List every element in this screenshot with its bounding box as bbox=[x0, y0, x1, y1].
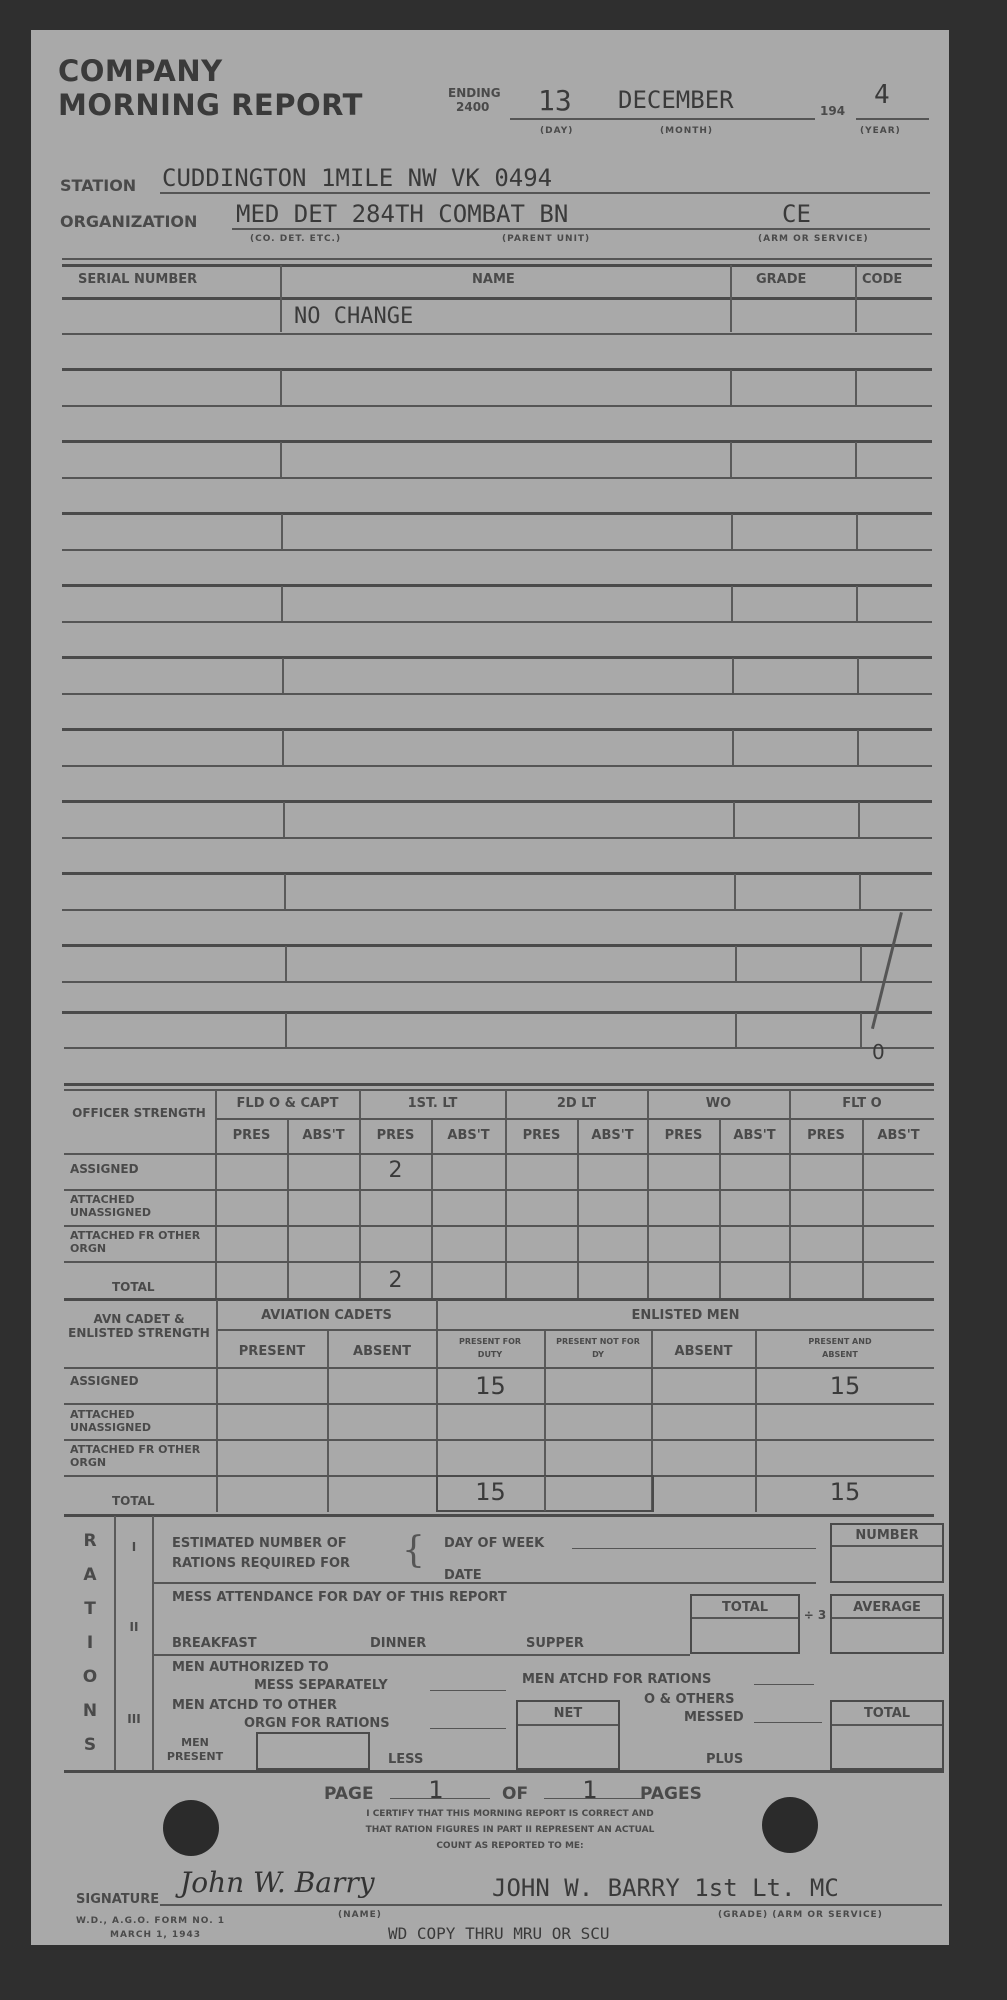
enlisted-present-and-absent-assigned: 15 bbox=[756, 1372, 934, 1400]
col-code: CODE bbox=[862, 272, 902, 287]
organization-label: ORGANIZATION bbox=[60, 212, 197, 231]
co-det-caption: (CO. DET. ETC.) bbox=[250, 234, 341, 244]
col-name: NAME bbox=[472, 272, 515, 287]
officer-1st-lt-assigned: 2 bbox=[360, 1158, 431, 1183]
station-label: STATION bbox=[60, 176, 136, 195]
group-2d-lt: 2D LT bbox=[506, 1096, 647, 1111]
year-caption: (YEAR) bbox=[860, 126, 901, 136]
organization-value: MED DET 284TH COMBAT BN bbox=[236, 200, 568, 228]
punch-hole-right bbox=[762, 1797, 818, 1853]
arm-of-service-value: CE bbox=[782, 200, 811, 228]
date-underline bbox=[510, 118, 815, 120]
form-title-line1: COMPANY bbox=[58, 56, 223, 86]
aviation-cadets-header: AVIATION CADETS bbox=[217, 1308, 436, 1323]
brace-icon: { bbox=[402, 1530, 425, 1571]
station-underline bbox=[160, 192, 930, 194]
officer-strength-title: OFFICER STRENGTH bbox=[64, 1106, 214, 1120]
officer-1st-lt-total: 2 bbox=[360, 1268, 431, 1293]
enlisted-men-header: ENLISTED MEN bbox=[437, 1308, 934, 1323]
report-month: DECEMBER bbox=[618, 86, 734, 114]
report-year: 4 bbox=[874, 80, 890, 110]
date-label: DATE bbox=[444, 1568, 482, 1583]
day-caption: (DAY) bbox=[540, 126, 573, 136]
certification-text: I CERTIFY THAT THIS MORNING REPORT IS CO… bbox=[250, 1806, 770, 1854]
row-attached-fr-other-label: ATTACHED FR OTHER ORGN bbox=[70, 1229, 210, 1255]
officer-top-rule bbox=[64, 1083, 934, 1086]
form-title-line2: MORNING REPORT bbox=[58, 90, 363, 120]
ending-label: ENDING bbox=[448, 86, 501, 100]
meal-dinner: DINNER bbox=[370, 1636, 426, 1651]
punch-hole-left bbox=[163, 1800, 219, 1856]
meal-breakfast: BREAKFAST bbox=[172, 1636, 257, 1651]
row-assigned-label: ASSIGNED bbox=[70, 1162, 139, 1176]
of-label: OF bbox=[502, 1784, 528, 1804]
signature-label: SIGNATURE bbox=[76, 1892, 159, 1907]
day-of-week-field[interactable] bbox=[572, 1548, 816, 1549]
group-flt-o: FLT O bbox=[790, 1096, 934, 1111]
parent-unit-caption: (PARENT UNIT) bbox=[502, 234, 590, 244]
signer-name-grade: JOHN W. BARRY 1st Lt. MC bbox=[492, 1874, 839, 1902]
station-value: CUDDINGTON 1MILE NW VK 0494 bbox=[162, 164, 552, 192]
table-row-name: NO CHANGE bbox=[294, 304, 413, 329]
signature: John W. Barry bbox=[180, 1866, 375, 1899]
name-caption: (NAME) bbox=[338, 1910, 382, 1920]
roster-header-rule bbox=[62, 297, 932, 300]
group-wo: WO bbox=[648, 1096, 789, 1111]
copy-note: WD COPY THRU MRU OR SCU bbox=[388, 1924, 610, 1943]
ending-time: 2400 bbox=[456, 100, 489, 114]
group-fld-o-capt: FLD O & CAPT bbox=[216, 1096, 359, 1111]
page-number: 1 bbox=[386, 1776, 486, 1804]
roster-top-rule-2 bbox=[62, 264, 932, 267]
atchd-rations-field[interactable] bbox=[754, 1684, 814, 1685]
rations-side-label: RATIONS bbox=[70, 1524, 110, 1762]
page-label: PAGE bbox=[324, 1784, 374, 1804]
meal-supper: SUPPER bbox=[526, 1636, 584, 1651]
year-prefix: 194 bbox=[820, 104, 845, 118]
report-day: 13 bbox=[538, 84, 572, 117]
col-grade: GRADE bbox=[756, 272, 806, 287]
margin-mark: 0 bbox=[872, 1040, 885, 1064]
organization-underline bbox=[232, 228, 930, 230]
enlisted-present-for-duty-total: 15 bbox=[437, 1478, 544, 1506]
atchd-other-field[interactable] bbox=[430, 1728, 506, 1729]
mess-separately-field[interactable] bbox=[430, 1690, 506, 1691]
col-serial-number: SERIAL NUMBER bbox=[78, 272, 197, 287]
morning-report-form bbox=[31, 30, 949, 1945]
group-1st-lt: 1ST. LT bbox=[360, 1096, 505, 1111]
day-of-week-label: DAY OF WEEK bbox=[444, 1536, 544, 1551]
total-pages: 1 bbox=[540, 1776, 640, 1804]
form-id: W.D., A.G.O. FORM NO. 1 bbox=[76, 1916, 225, 1926]
form-date: MARCH 1, 1943 bbox=[110, 1930, 201, 1940]
pages-label: PAGES bbox=[640, 1784, 702, 1804]
divide-by-three: ÷ 3 bbox=[800, 1606, 830, 1624]
enlisted-strength-title: AVN CADET & ENLISTED STRENGTH bbox=[64, 1312, 214, 1340]
enlisted-present-for-duty-assigned: 15 bbox=[437, 1372, 544, 1400]
men-present-box[interactable] bbox=[256, 1732, 370, 1770]
enlisted-present-and-absent-total: 15 bbox=[756, 1478, 934, 1506]
month-caption: (MONTH) bbox=[660, 126, 713, 136]
grade-caption: (GRADE) (ARM OR SERVICE) bbox=[718, 1910, 883, 1920]
arm-caption: (ARM OR SERVICE) bbox=[758, 234, 869, 244]
others-messed-field[interactable] bbox=[754, 1722, 822, 1723]
roster-top-rule bbox=[62, 258, 932, 260]
signature-line bbox=[160, 1904, 942, 1906]
row-attached-unassigned-label: ATTACHED UNASSIGNED bbox=[70, 1193, 210, 1219]
year-underline bbox=[856, 118, 929, 120]
row-total-label: TOTAL bbox=[112, 1280, 155, 1294]
